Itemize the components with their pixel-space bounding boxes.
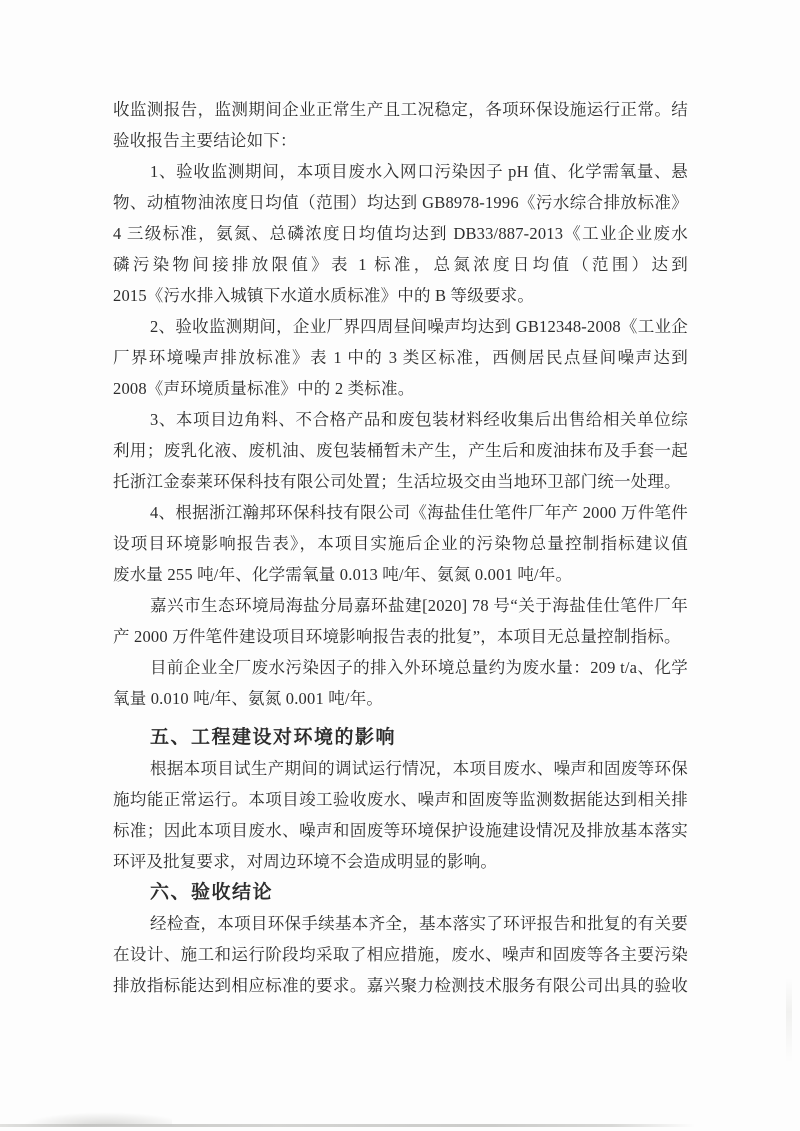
doc-line: 排放指标能达到相应标准的要求。嘉兴聚力检测技术服务有限公司出具的验收报 [113, 970, 688, 1001]
doc-line: 2008《声环境质量标准》中的 2 类标准。 [113, 373, 688, 404]
doc-line: 2015《污水排入城镇下水道水质标准》中的 B 等级要求。 [113, 280, 688, 311]
section-heading-5: 五、工程建设对环境的影响 [113, 722, 688, 753]
page-body: 收监测报告，监测期间企业正常生产且工况稳定，各项环保设施运行正常。结合 验收报告… [113, 94, 688, 1001]
doc-line: 物、动植物油浓度日均值（范围）均达到 GB8978-1996《污水综合排放标准》… [113, 187, 688, 218]
doc-line: 氧量 0.010 吨/年、氨氮 0.001 吨/年。 [113, 683, 688, 714]
doc-line: 4 三级标准，氨氮、总磷浓度日均值均达到 DB33/887-2013《工业企业废… [113, 218, 688, 249]
section-heading-6: 六、验收结论 [113, 877, 688, 908]
doc-line: 4、根据浙江瀚邦环保科技有限公司《海盐佳仕笔件厂年产 2000 万件笔件建 [113, 497, 688, 528]
doc-line: 产 2000 万件笔件建设项目环境影响报告表的批复”，本项目无总量控制指标。 [113, 621, 688, 652]
doc-line: 设项目环境影响报告表》，本项目实施后企业的污染物总量控制指标建议值为： [113, 528, 688, 559]
doc-line: 磷污染物间接排放限值》表 1 标准，总氮浓度日均值（范围）达到 GB/T3196… [113, 249, 688, 280]
doc-line: 标准；因此本项目废水、噪声和固废等环境保护设施建设情况及排放基本落实了 [113, 815, 688, 846]
doc-line: 经检查，本项目环保手续基本齐全，基本落实了环评报告和批复的有关要求， [113, 908, 688, 939]
doc-line: 1、验收监测期间，本项目废水入网口污染因子 pH 值、化学需氧量、悬浮 [113, 156, 688, 187]
doc-line: 嘉兴市生态环境局海盐分局嘉环盐建[2020] 78 号“关于海盐佳仕笔件厂年 [113, 590, 688, 621]
doc-line: 收监测报告，监测期间企业正常生产且工况稳定，各项环保设施运行正常。结合 [113, 94, 688, 125]
doc-line: 2、验收监测期间，企业厂界四周昼间噪声均达到 GB12348-2008《工业企业 [113, 311, 688, 342]
scan-bottom-edge-artifact [0, 1124, 695, 1127]
doc-line: 验收报告主要结论如下： [113, 125, 688, 156]
doc-line: 施均能正常运行。本项目竣工验收废水、噪声和固废等监测数据能达到相关排放 [113, 784, 688, 815]
doc-line: 3、本项目边角料、不合格产品和废包装材料经收集后出售给相关单位综合 [113, 404, 688, 435]
doc-line: 利用；废乳化液、废机油、废包装桶暂未产生，产生后和废油抹布及手套一起委 [113, 435, 688, 466]
doc-line: 厂界环境噪声排放标准》表 1 中的 3 类区标准，西侧居民点昼间噪声达到 GB3… [113, 342, 688, 373]
document-page: 收监测报告，监测期间企业正常生产且工况稳定，各项环保设施运行正常。结合 验收报告… [0, 0, 800, 1131]
doc-line: 托浙江金泰莱环保科技有限公司处置；生活垃圾交由当地环卫部门统一处理。 [113, 466, 688, 497]
doc-line: 环评及批复要求，对周边环境不会造成明显的影响。 [113, 846, 688, 877]
doc-line: 目前企业全厂废水污染因子的排入外环境总量约为废水量：209 t/a、化学需 [113, 652, 688, 683]
doc-line: 废水量 255 吨/年、化学需氧量 0.013 吨/年、氨氮 0.001 吨/年… [113, 559, 688, 590]
doc-line: 根据本项目试生产期间的调试运行情况，本项目废水、噪声和固废等环保设 [113, 753, 688, 784]
scan-right-edge-artifact [786, 978, 792, 1063]
doc-line: 在设计、施工和运行阶段均采取了相应措施，废水、噪声和固废等各主要污染物 [113, 939, 688, 970]
